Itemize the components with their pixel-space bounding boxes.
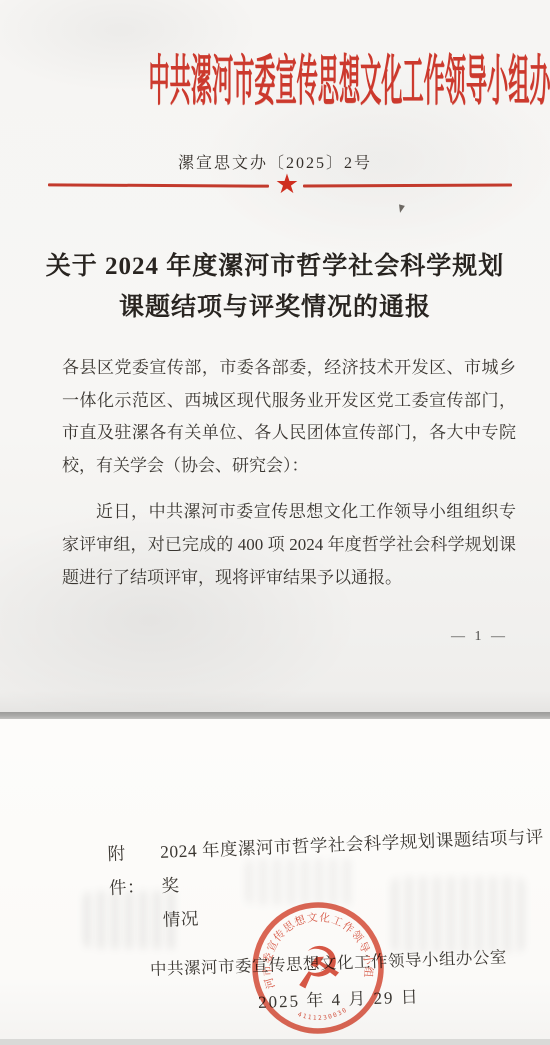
document-title-line2: 课题结项与评奖情况的通报 bbox=[0, 287, 550, 328]
page-1: 中共漯河市委宣传思想文化工作领导小组办公室文件 漯宣思文办〔2025〕2号 ★ … bbox=[0, 0, 550, 712]
star-icon: ★ bbox=[269, 168, 305, 201]
page-number: — 1 — bbox=[451, 629, 508, 645]
addressees-paragraph: 各县区党委宣传部，市委各部委，经济技术开发区、市城乡一体化示范区、西城区现代服务… bbox=[62, 352, 516, 482]
document-title: 关于 2024 年度漯河市哲学社会科学规划 课题结项与评奖情况的通报 bbox=[0, 246, 550, 328]
page-scan-divider bbox=[0, 712, 550, 719]
body-paragraph: 近日，中共漯河市委宣传思想文化工作领导小组组织专家评审组，对已完成的 400 项… bbox=[62, 496, 516, 594]
attachment-label: 附件： bbox=[107, 835, 162, 905]
document-body: 各县区党委宣传部，市委各部委，经济技术开发区、市城乡一体化示范区、西城区现代服务… bbox=[62, 352, 516, 594]
photo-bottom-edge bbox=[0, 1039, 550, 1045]
red-header-title: 中共漯河市委宣传思想文化工作领导小组办公室文件 bbox=[149, 38, 402, 116]
red-rule-right-segment bbox=[303, 183, 512, 187]
document-title-line1: 关于 2024 年度漯河市哲学社会科学规划 bbox=[0, 246, 550, 287]
cursor-artifact bbox=[397, 204, 405, 213]
scanned-document: 中共漯河市委宣传思想文化工作领导小组办公室文件 漯宣思文办〔2025〕2号 ★ … bbox=[0, 0, 550, 1045]
official-seal: ☭ 中共漯河市委宣传思想文化工作领导小组办公室 4111230030 bbox=[239, 889, 397, 1045]
seal-serial-number: 4111230030 bbox=[296, 1006, 350, 1025]
red-rule-left-segment bbox=[48, 183, 269, 187]
hammer-sickle-emblem: ☭ bbox=[290, 934, 347, 1004]
page-2: 附件： 2024 年度漯河市哲学社会科学规划课题结项与评奖 情况 中共漯河市委宣… bbox=[0, 719, 550, 1045]
